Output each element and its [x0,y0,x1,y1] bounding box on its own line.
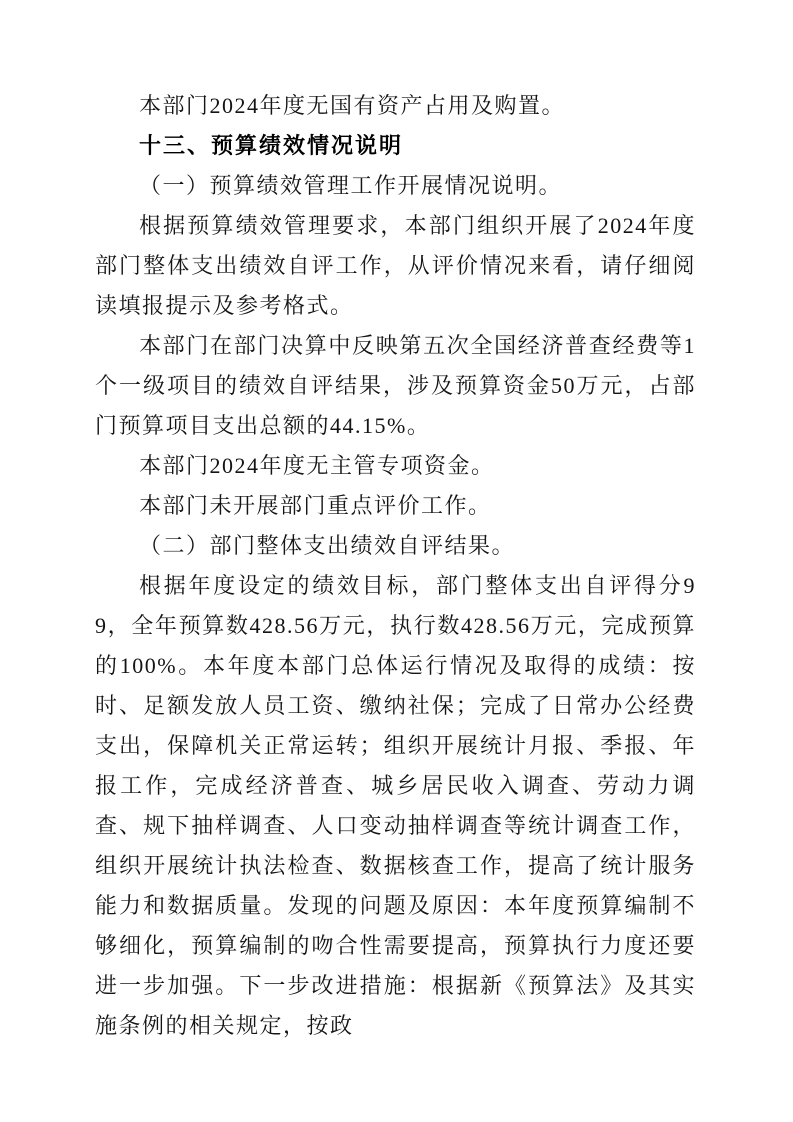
subsection-1-title: （一）预算绩效管理工作开展情况说明。 [95,166,696,206]
paragraph-no-key-evaluation: 本部门未开展部门重点评价工作。 [95,486,696,526]
paragraph-self-evaluation-work: 根据预算绩效管理要求，本部门组织开展了2024年度部门整体支出绩效自评工作，从评… [95,206,696,326]
section-heading-13: 十三、预算绩效情况说明 [95,126,696,166]
document-page: 本部门2024年度无国有资产占用及购置。 十三、预算绩效情况说明 （一）预算绩效… [0,0,793,1122]
paragraph-project-result: 本部门在部门决算中反映第五次全国经济普查经费等1个一级项目的绩效自评结果，涉及预… [95,326,696,446]
subsection-2-title: （二）部门整体支出绩效自评结果。 [95,526,696,566]
paragraph-no-state-assets: 本部门2024年度无国有资产占用及购置。 [95,86,696,126]
paragraph-overall-result: 根据年度设定的绩效目标，部门整体支出自评得分99，全年预算数428.56万元，执… [95,566,696,1046]
paragraph-no-special-funds: 本部门2024年度无主管专项资金。 [95,446,696,486]
document-text-block: 本部门2024年度无国有资产占用及购置。 十三、预算绩效情况说明 （一）预算绩效… [95,86,696,1046]
